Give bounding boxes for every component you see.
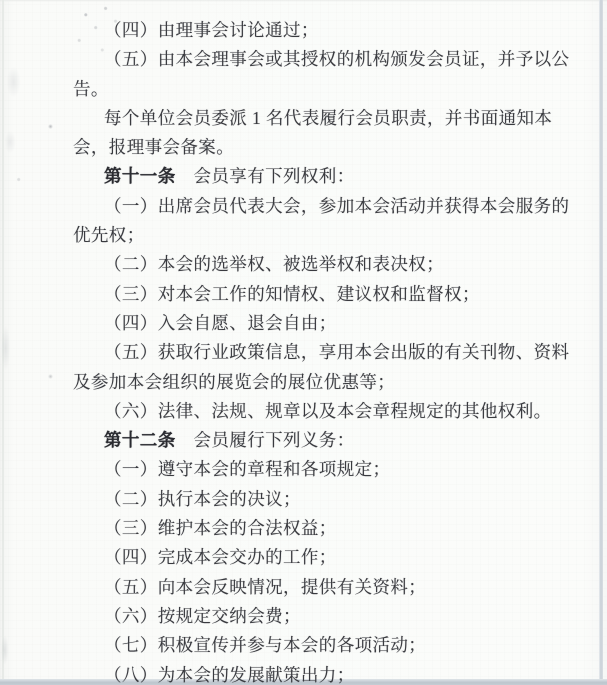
document-line-text: （四）由理事会讨论通过； xyxy=(104,20,319,40)
document-line-text: 会，报理事会备案。 xyxy=(73,137,234,157)
document-line: （四）完成本会交办的工作； xyxy=(73,543,545,572)
scan-edge-left-line xyxy=(2,0,4,685)
scan-edge-top xyxy=(0,0,607,2)
document-line-text: （二）执行本会的决议； xyxy=(104,489,301,509)
scan-dot xyxy=(48,374,53,379)
article-heading: 第十二条 xyxy=(104,430,176,450)
document-line-text: 优先权； xyxy=(73,225,145,245)
scan-dot xyxy=(48,124,53,129)
document-line-text: 及参加本会组织的展览会的展位优惠等； xyxy=(73,372,395,392)
document-line: （三）对本会工作的知情权、建议权和监督权； xyxy=(73,280,545,309)
document-line: （五）获取行业政策信息，享用本会出版的有关刊物、资料 xyxy=(73,338,545,367)
document-line: （五）由本会理事会或其授权的机构颁发会员证，并予以公 xyxy=(73,45,545,74)
document-line: （六）法律、法规、规章以及本会章程规定的其他权利。 xyxy=(73,397,545,426)
document-text-block: （四）由理事会讨论通过；（五）由本会理事会或其授权的机构颁发会员证，并予以公告。… xyxy=(73,16,545,685)
document-line: （一）遵守本会的章程和各项规定； xyxy=(73,455,545,484)
document-line: 会，报理事会备案。 xyxy=(73,133,545,162)
document-line-text: 会员享有下列权利： xyxy=(176,166,355,186)
document-line-text: 每个单位会员委派 1 名代表履行会员职责，并书面通知本 xyxy=(104,108,552,128)
document-page: （四）由理事会讨论通过；（五）由本会理事会或其授权的机构颁发会员证，并予以公告。… xyxy=(0,0,607,685)
document-line: 优先权； xyxy=(73,221,545,250)
document-line: 第十二条 会员履行下列义务： xyxy=(73,426,545,455)
document-line-text: （二）本会的选举权、被选举权和表决权； xyxy=(104,254,444,274)
document-line: （四）由理事会讨论通过； xyxy=(73,16,545,45)
document-line-text: （三）对本会工作的知情权、建议权和监督权； xyxy=(104,284,480,304)
document-line-text: （一）出席会员代表大会，参加本会活动并获得本会服务的 xyxy=(104,196,569,216)
document-line: （三）维护本会的合法权益； xyxy=(73,514,545,543)
document-line: （一）出席会员代表大会，参加本会活动并获得本会服务的 xyxy=(73,192,545,221)
document-line-text: （五）由本会理事会或其授权的机构颁发会员证，并予以公 xyxy=(104,49,569,69)
document-line: 第十一条 会员享有下列权利： xyxy=(73,162,545,191)
document-line: 及参加本会组织的展览会的展位优惠等； xyxy=(73,368,545,397)
document-line: （七）积极宣传并参与本会的各项活动； xyxy=(73,631,545,660)
document-line-text: （一）遵守本会的章程和各项规定； xyxy=(104,459,390,479)
scan-smudge-left xyxy=(0,52,34,202)
document-line: （二）本会的选举权、被选举权和表决权； xyxy=(73,250,545,279)
document-line-text: （六）按规定交纳会费； xyxy=(104,606,301,626)
document-line: （四）入会自愿、退会自由； xyxy=(73,309,545,338)
document-line: 每个单位会员委派 1 名代表履行会员职责，并书面通知本 xyxy=(73,104,545,133)
document-line: （二）执行本会的决议； xyxy=(73,485,545,514)
document-line-text: （四）完成本会交办的工作； xyxy=(104,547,337,567)
document-line-text: （七）积极宣传并参与本会的各项活动； xyxy=(104,635,426,655)
document-line-text: （五）向本会反映情况，提供有关资料； xyxy=(104,577,426,597)
document-line-text: （五）获取行业政策信息，享用本会出版的有关刊物、资料 xyxy=(104,342,569,362)
document-line: （六）按规定交纳会费； xyxy=(73,602,545,631)
article-heading: 第十一条 xyxy=(104,166,176,186)
document-line: 告。 xyxy=(73,75,545,104)
document-line-text: 告。 xyxy=(73,79,109,99)
document-line-text: （四）入会自愿、退会自由； xyxy=(104,313,337,333)
document-line-text: （六）法律、法规、规章以及本会章程规定的其他权利。 xyxy=(104,401,552,421)
document-line: （五）向本会反映情况，提供有关资料； xyxy=(73,573,545,602)
document-line-text: （八）为本会的发展献策出力； xyxy=(104,665,355,685)
document-line-text: （三）维护本会的合法权益； xyxy=(104,518,337,538)
scan-edge-right-line xyxy=(599,0,603,685)
document-line-text: 会员履行下列义务： xyxy=(176,430,355,450)
document-line: （八）为本会的发展献策出力； xyxy=(73,661,545,685)
